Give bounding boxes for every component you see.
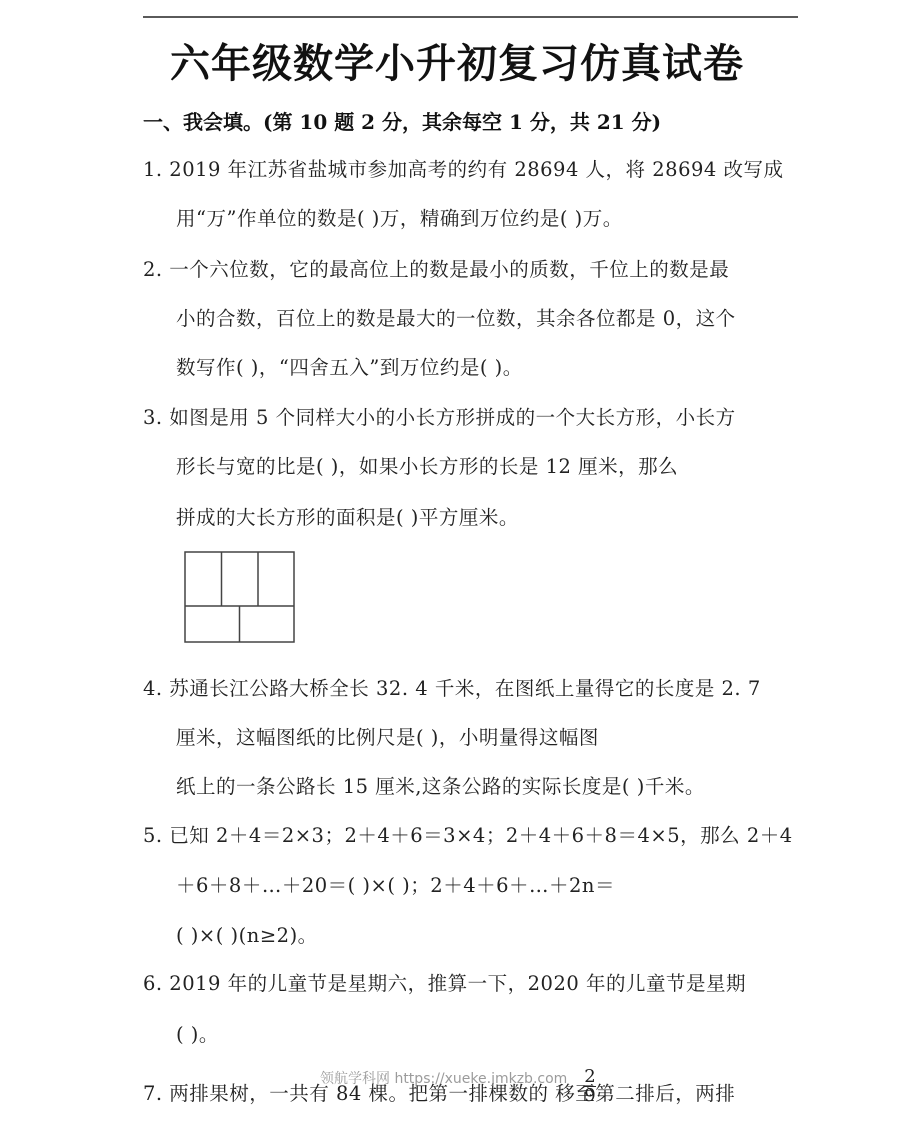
question-3-line-1: 3. 如图是用 5 个同样大小的小长方形拼成的一个大长方形，小长方 (143, 402, 736, 430)
question-6-line-1: 6. 2019 年的儿童节是星期六，推算一下，2020 年的儿童节是星期 (143, 968, 746, 996)
question-5-line-1: 5. 已知 2＋4＝2×3；2＋4＋6＝3×4；2＋4＋6＋8＝4×5，那么 2… (143, 820, 793, 848)
five-rectangles-diagram (184, 551, 295, 643)
question-1-line-2: 用“万”作单位的数是( )万，精确到万位约是( )万。 (176, 203, 623, 231)
section-heading: 一、我会填。(第 10 题 2 分，其余每空 1 分，共 21 分) (143, 106, 661, 135)
page-title: 六年级数学小升初复习仿真试卷 (0, 32, 914, 89)
watermark: 领航学科网 https://xueke.jmkzb.com (320, 1068, 567, 1088)
question-6-line-2: ( )。 (176, 1019, 219, 1047)
question-5-line-2: ＋6＋8＋…＋20＝( )×( )；2＋4＋6＋…＋2n＝ (176, 870, 615, 898)
question-2-line-1: 2. 一个六位数，它的最高位上的数是最小的质数，千位上的数是最 (143, 254, 729, 282)
rectangles-figure (184, 551, 295, 643)
question-3-line-3: 拼成的大长方形的面积是( )平方厘米。 (176, 502, 519, 530)
question-3-line-2: 形长与宽的比是( )，如果小长方形的长是 12 厘米，那么 (176, 451, 678, 479)
question-4-line-2: 厘米，这幅图纸的比例尺是( )，小明量得这幅图 (176, 722, 599, 750)
fraction: 2 9 (584, 1068, 596, 1105)
fraction-denominator: 9 (584, 1087, 596, 1105)
fraction-numerator: 2 (584, 1068, 596, 1086)
question-1-line-1: 1. 2019 年江苏省盐城市参加高考的约有 28694 人，将 28694 改… (143, 154, 784, 182)
question-5-line-3: ( )×( )(n≥2)。 (176, 920, 318, 948)
question-2-line-2: 小的合数，百位上的数是最大的一位数，其余各位都是 0，这个 (176, 303, 736, 331)
question-2-line-3: 数写作( )，“四舍五入”到万位约是( )。 (176, 352, 523, 380)
top-rule (143, 16, 798, 18)
question-4-line-1: 4. 苏通长江公路大桥全长 32. 4 千米，在图纸上量得它的长度是 2. 7 (143, 673, 761, 701)
question-4-line-3: 纸上的一条公路长 15 厘米,这条公路的实际长度是( )千米。 (176, 771, 705, 799)
